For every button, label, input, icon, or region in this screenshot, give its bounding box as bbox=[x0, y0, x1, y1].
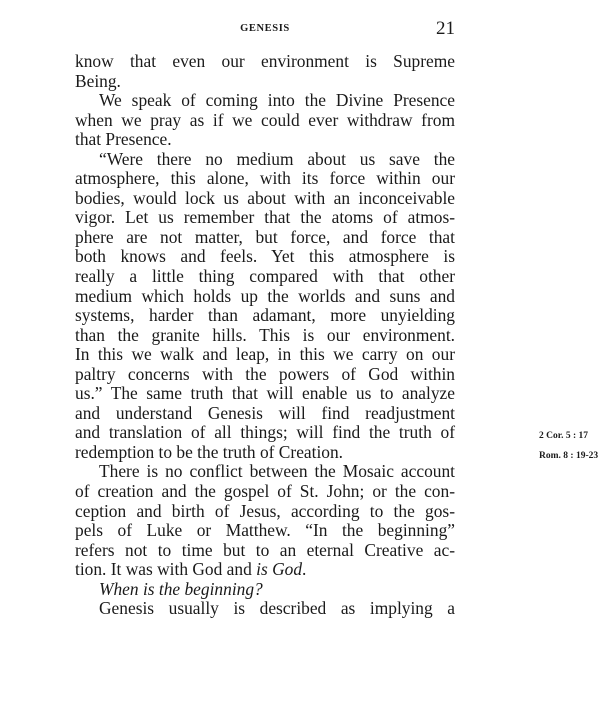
text-line: of creation and the gospel of St. John; … bbox=[75, 482, 455, 502]
text-line: Being. bbox=[75, 72, 455, 92]
text-line: There is no conflict between the Mosaic … bbox=[75, 462, 455, 482]
text-line: tion. It was with God and is God. bbox=[75, 560, 455, 580]
text-line: vigor. Let us remember that the atoms of… bbox=[75, 208, 455, 228]
margin-note-2cor: 2 Cor. 5 : 17 bbox=[539, 427, 588, 447]
text-line: know that even our environment is Suprem… bbox=[75, 52, 455, 72]
text-line: We speak of coming into the Divine Prese… bbox=[75, 91, 455, 111]
text-line: us.” The same truth that will enable us … bbox=[75, 384, 455, 404]
text-line: medium which holds up the worlds and sun… bbox=[75, 287, 455, 307]
text-line: pels of Luke or Matthew. “In the beginni… bbox=[75, 521, 455, 541]
text-line: really a little thing compared with that… bbox=[75, 267, 455, 287]
text-line: that Presence. bbox=[75, 130, 455, 150]
text-line: than the granite hills. This is our envi… bbox=[75, 326, 455, 346]
text-line: ception and birth of Jesus, according to… bbox=[75, 502, 455, 522]
text-line: “Were there no medium about us save the bbox=[75, 150, 455, 170]
margin-note-rom: Rom. 8 : 19-23 bbox=[539, 447, 598, 467]
text-line: when we pray as if we could ever withdra… bbox=[75, 111, 455, 131]
italic-emphasis: is God bbox=[256, 559, 302, 579]
italic-question: When is the beginning? bbox=[99, 579, 263, 599]
italic-question-line: When is the beginning? bbox=[75, 580, 455, 600]
running-title: GENESIS bbox=[75, 23, 455, 34]
text-line: Genesis usually is described as implying… bbox=[75, 599, 455, 619]
text-line: atmosphere, this alone, with its force w… bbox=[75, 169, 455, 189]
text-line: paltry concerns with the powers of God w… bbox=[75, 365, 455, 385]
text-line: and understand Genesis will find readjus… bbox=[75, 404, 455, 424]
text-line: In this we walk and leap, in this we car… bbox=[75, 345, 455, 365]
text-span: . bbox=[302, 559, 306, 579]
page-number: 21 bbox=[436, 18, 455, 40]
text-line: refers not to time but to an eternal Cre… bbox=[75, 541, 455, 561]
body-text: know that even our environment is Suprem… bbox=[75, 52, 455, 619]
text-line: and translation of all things; will find… bbox=[75, 423, 455, 443]
text-line: systems, harder than adamant, more unyie… bbox=[75, 306, 455, 326]
running-head: GENESIS 21 bbox=[75, 18, 455, 42]
text-line: phere are not matter, but force, and for… bbox=[75, 228, 455, 248]
text-line: bodies, would lock us about with an inco… bbox=[75, 189, 455, 209]
text-span: tion. It was with God and bbox=[75, 559, 256, 579]
text-line: redemption to be the truth of Creation. bbox=[75, 443, 455, 463]
text-line: both knows and feels. Yet this atmospher… bbox=[75, 247, 455, 267]
